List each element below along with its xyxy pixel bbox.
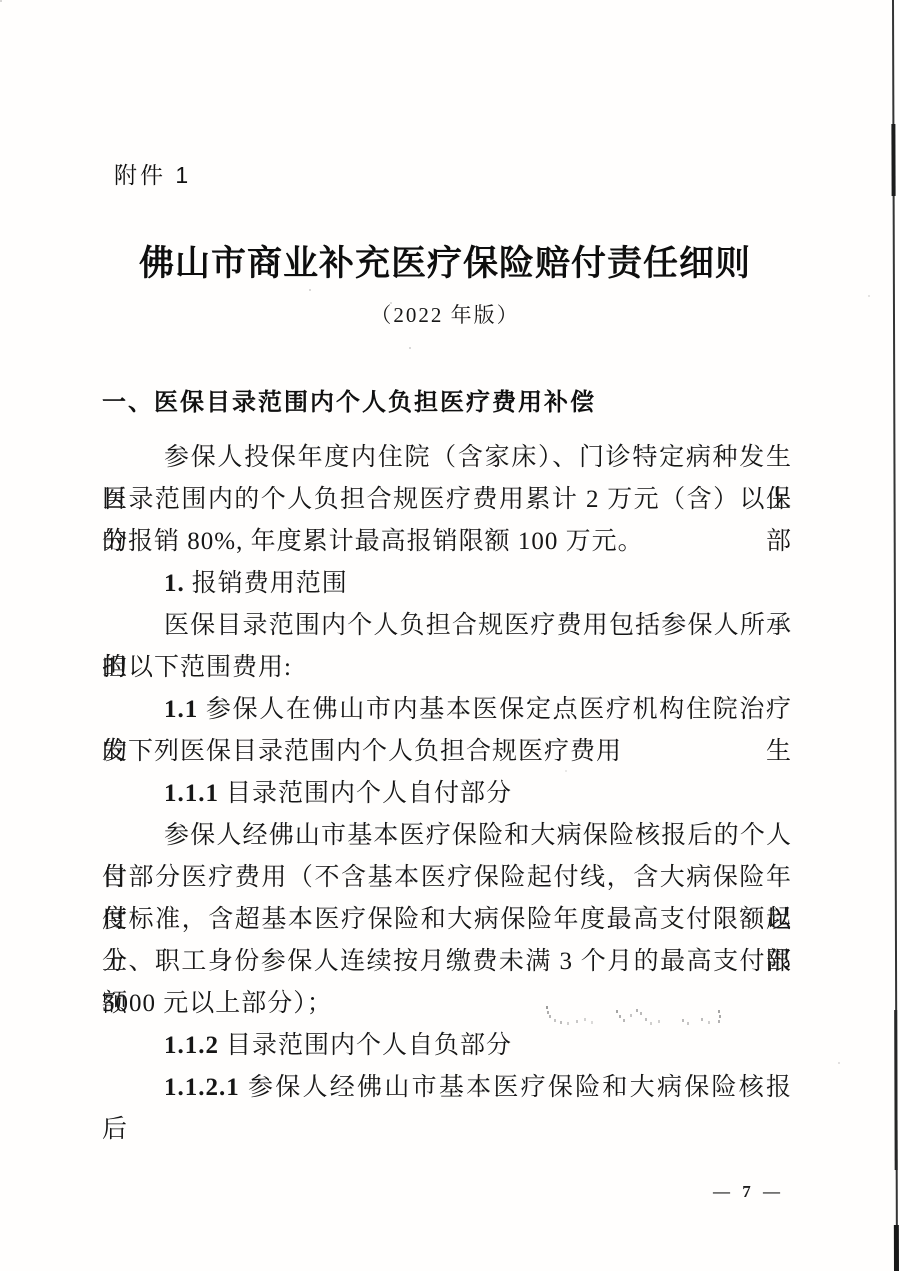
clause-number: 1. [164, 570, 185, 597]
clause-number: 1.1.2.1 [164, 1074, 240, 1101]
text-line: 付标准，含超基本医疗保险和大病保险年度最高支付限额以上部 [102, 899, 792, 941]
clause-number: 1.1.1 [164, 780, 219, 807]
text-line: 参保人经佛山市基本医疗保险和大病保险核报后的个人自 [102, 815, 792, 857]
document-title: 佛山市商业补充医疗保险赔付责任细则 [0, 242, 890, 286]
text-line: 医保目录范围内个人负担合规医疗费用包括参保人所承担 [102, 605, 792, 647]
numbered-clause-line: 1.1.2.1参保人经佛山市基本医疗保险和大病保险核报后 [102, 1067, 792, 1109]
clause-number: 1.1.2 [164, 1032, 219, 1059]
document-body: 一、医保目录范围内个人负担医疗费用补偿参保人投保年度内住院（含家床）、门诊特定病… [102, 381, 792, 1109]
numbered-clause-line: 1.1参保人在佛山市内基本医保定点医疗机构住院治疗发生 [102, 689, 792, 731]
scanned-document-page: 附件 1 佛山市商业补充医疗保险赔付责任细则 （2022 年版） 一、医保目录范… [0, 0, 900, 1271]
page-number: — 7 — [0, 1180, 784, 1204]
text-line: 付部分医疗费用（不含基本医疗保险起付线，含大病保险年度起 [102, 857, 792, 899]
numbered-clause-line: 1.报销费用范围 [102, 563, 792, 605]
scan-speckles [0, 0, 2, 2]
scan-edge-blob [894, 1010, 898, 1170]
attachment-label: 附件 1 [114, 159, 191, 191]
text-line: 参保人投保年度内住院（含家床）、门诊特定病种发生医保 [102, 437, 792, 479]
section-heading: 一、医保目录范围内个人负担医疗费用补偿 [102, 381, 792, 425]
document-subtitle: （2022 年版） [0, 300, 890, 330]
text-line: 分、职工身份参保人连续按月缴费未满 3 个月的最高支付限额 [102, 941, 792, 983]
text-line: 目录范围内的个人负担合规医疗费用累计 2 万元（含）以上的部 [102, 479, 792, 521]
scan-edge-line [892, 0, 898, 1271]
clause-number: 1.1 [164, 696, 198, 723]
scan-smudge-marks [546, 1006, 731, 1034]
text-line: 的以下范围费用: [102, 647, 792, 689]
numbered-clause-line: 1.1.1目录范围内个人自付部分 [102, 773, 792, 815]
